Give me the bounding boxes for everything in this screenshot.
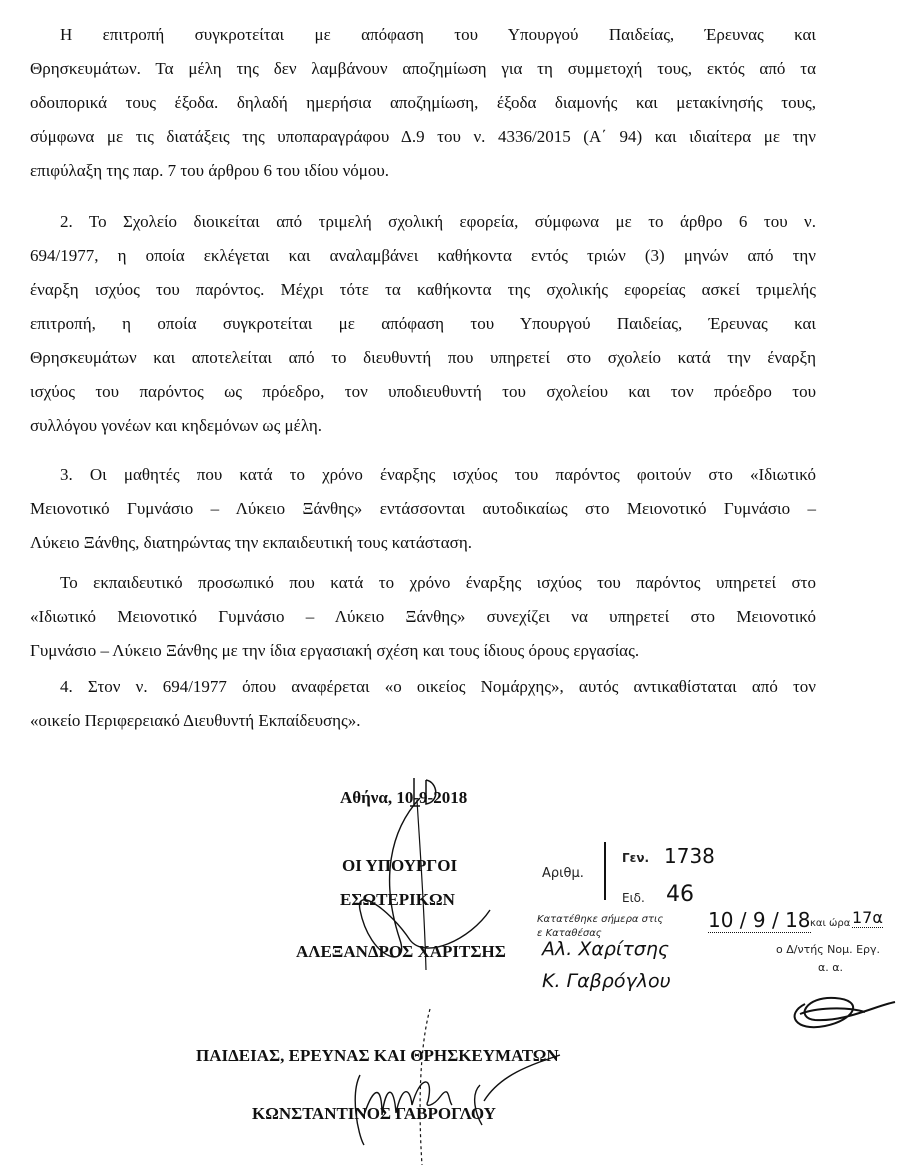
stamp-time-value: 17α xyxy=(852,908,883,928)
text-line: Γυμνάσιο – Λύκειο Ξάνθης με την ίδια εργ… xyxy=(30,634,816,668)
stamp-director-sub: α. α. xyxy=(818,961,843,974)
text-line: 694/1977, η οποία εκλέγεται και αναλαμβά… xyxy=(30,239,816,273)
handwritten-note-gavroglou: Κ. Γαβρόγλου xyxy=(542,970,671,992)
text-line: Μειονοτικό Γυμνάσιο – Λύκειο Ξάνθης» εντ… xyxy=(30,492,816,526)
stamp-director-label: ο Δ/ντής Νομ. Εργ. xyxy=(776,943,880,956)
paragraph-staff: Το εκπαιδευτικό προσωπικό που κατά το χρ… xyxy=(30,566,816,668)
text-line: Λύκειο Ξάνθης, διατηρώντας την εκπαιδευτ… xyxy=(30,526,816,560)
stamp-special-number: 46 xyxy=(666,882,694,907)
signature-charitsis-icon xyxy=(300,790,500,990)
stamp-special-label: Ειδ. xyxy=(622,891,645,905)
paragraph-prefect-replacement: 4. Στον ν. 694/1977 όπου αναφέρεται «ο ο… xyxy=(30,670,816,738)
stamp-gen-number: 1738 xyxy=(664,844,715,868)
signature-gavroglou-icon xyxy=(330,1005,590,1174)
handwritten-note-charitsis: Αλ. Χαρίτσης xyxy=(542,938,669,960)
text-line: συλλόγου γονέων και κηδεμόνων ως μέλη. xyxy=(30,409,816,443)
text-line: σύμφωνα με τις διατάξεις της υποπαραγράφ… xyxy=(30,120,816,154)
stamp-divider xyxy=(602,842,608,902)
text-line: έναρξη ισχύος του παρόντος. Μέχρι τότε τ… xyxy=(30,273,816,307)
text-line: επιτροπή, η οποία συγκροτείται με απόφασ… xyxy=(30,307,816,341)
text-line: οδοιπορικά τους έξοδα. δηλαδή ημερήσια α… xyxy=(30,86,816,120)
text-line: επιφύλαξη της παρ. 7 του άρθρου 6 του ιδ… xyxy=(30,154,816,188)
text-line: 3. Οι μαθητές που κατά το χρόνο έναρξης … xyxy=(30,458,816,492)
stamp-filed-date: 10 / 9 / 18 xyxy=(708,908,811,933)
paragraph-committee: Η επιτροπή συγκροτείται με απόφαση του Υ… xyxy=(30,18,816,188)
text-line: «Ιδιωτικό Μειονοτικό Γυμνάσιο – Λύκειο Ξ… xyxy=(30,600,816,634)
stamp-gen-label: Γεν. xyxy=(622,851,649,865)
paragraph-school-board: 2. Το Σχολείο διοικείται από τριμελή σχο… xyxy=(30,205,816,443)
text-line: 4. Στον ν. 694/1977 όπου αναφέρεται «ο ο… xyxy=(30,670,816,704)
text-line: ισχύος του παρόντος ως πρόεδρο, τον υποδ… xyxy=(30,375,816,409)
paragraph-students: 3. Οι μαθητές που κατά το χρόνο έναρξης … xyxy=(30,458,816,560)
text-line: 2. Το Σχολείο διοικείται από τριμελή σχο… xyxy=(30,205,816,239)
stamp-number-label: Αριθμ. xyxy=(542,866,584,881)
stamp-filed-label: Κατατέθηκε σήμερα στις xyxy=(537,914,663,925)
text-line: Το εκπαιδευτικό προσωπικό που κατά το χρ… xyxy=(30,566,816,600)
text-line: Θρησκευμάτων. Τα μέλη της δεν λαμβάνουν … xyxy=(30,52,816,86)
text-line: Θρησκευμάτων και αποτελείται από το διευ… xyxy=(30,341,816,375)
stamp-time-label: και ώρα xyxy=(810,918,850,929)
text-line: Η επιτροπή συγκροτείται με απόφαση του Υ… xyxy=(30,18,816,52)
signature-director-icon xyxy=(775,984,905,1034)
text-line: «οικείο Περιφερειακό Διευθυντή Εκπαίδευσ… xyxy=(30,704,816,738)
